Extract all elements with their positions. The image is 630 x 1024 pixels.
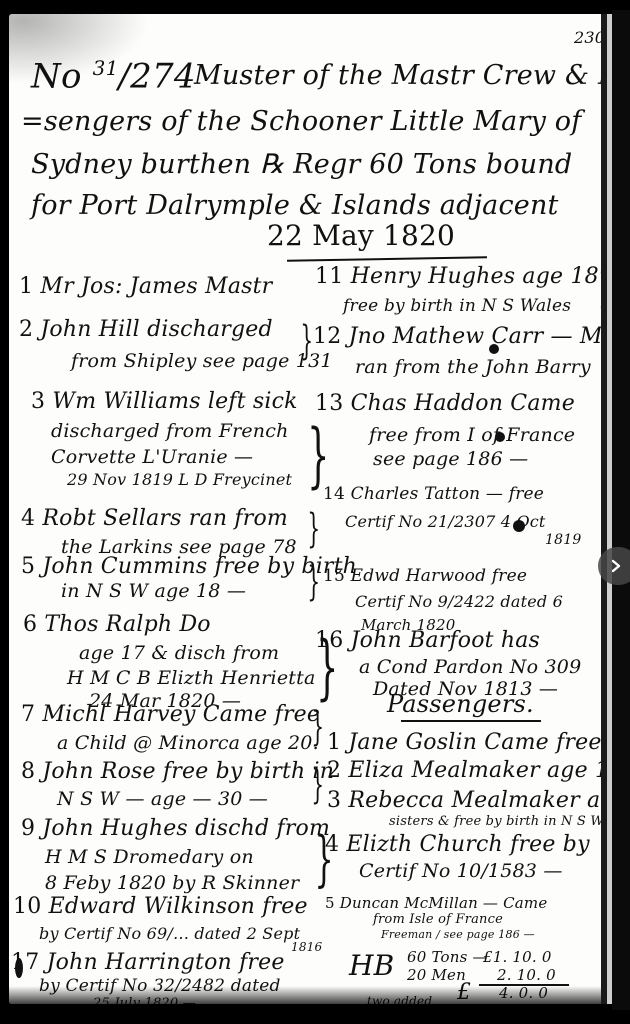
crew-entry-16: 16 John Barfoot has: [315, 628, 540, 653]
brace: }: [300, 318, 313, 364]
crew-entry-5-detail: in N S W age 18 —: [61, 580, 246, 602]
passenger-entry-5: 5 Duncan McMillan — Came: [325, 894, 547, 912]
crew-entry-17-detail: by Certif No 32/2482 dated: [39, 976, 281, 996]
crew-entry-10: 10 Edward Wilkinson free: [13, 894, 308, 919]
crew-entry-8-detail: N S W — age — 30 —: [57, 788, 268, 810]
passenger-entry-4: 4 Elizth Church free by: [325, 832, 590, 857]
manuscript-page: 230 No 31/274 Muster of the Mastr Crew &…: [9, 14, 612, 1004]
header-line-1: Muster of the Mastr Crew & Pas-: [194, 60, 612, 91]
fee-total-symbol: £: [457, 980, 471, 1004]
reference-fraction-bottom: 274: [130, 56, 196, 96]
crew-entry-13: 13 Chas Haddon Came: [315, 391, 575, 416]
crew-entry-15: 15 Edwd Harwood free: [323, 566, 527, 586]
passenger-entry-5-detail-1: from Isle of France: [373, 912, 503, 927]
passenger-entry-3: 3 Rebecca Mealmaker age 15: [327, 788, 612, 813]
fee-total-value: 4. 0. 0: [499, 984, 548, 1002]
crew-entry-6-detail-1: age 17 & disch from: [79, 642, 279, 664]
crew-entry-2: 2 John Hill discharged: [19, 317, 273, 342]
crew-entry-6: 6 Thos Ralph Do: [23, 612, 211, 637]
crew-entry-13-detail-1: free from I of France: [369, 424, 575, 446]
date-underline: [287, 256, 487, 261]
reference-prefix: No: [31, 56, 82, 96]
crew-entry-2-detail: from Shipley see page 131: [71, 350, 333, 372]
passenger-entry-5-detail-2: Freeman / see page 186 —: [381, 928, 535, 941]
crew-entry-10-year: 1816: [291, 940, 322, 954]
document-viewer: 230 No 31/274 Muster of the Mastr Crew &…: [0, 0, 630, 1024]
crew-entry-10-detail: by Certif No 69/… dated 2 Sept: [39, 924, 300, 943]
crew-entry-7-detail: a Child @ Minorca age 20.: [57, 732, 319, 754]
passenger-entry-3-detail: sisters & free by birth in N S W: [389, 814, 604, 829]
reference-fraction-top: 31: [93, 56, 119, 80]
fee-row-1-label: 60 Tons —: [407, 948, 488, 966]
passengers-heading: Passengers.: [387, 690, 534, 718]
crew-entry-11: 11 Henry Hughes age 18: [315, 264, 599, 289]
header-line-4: for Port Dalrymple & Islands adjacent: [31, 190, 559, 221]
crew-entry-12-detail: ran from the John Barry: [355, 356, 591, 378]
crew-entry-4: 4 Robt Sellars ran from: [21, 506, 288, 531]
crew-entry-16-detail-1: a Cond Pardon No 309: [359, 656, 581, 678]
reference-number: No 31/274: [31, 56, 196, 96]
crew-entry-1: 1 Mr Jos: James Mastr: [19, 274, 272, 299]
chevron-right-icon: [610, 559, 622, 573]
muster-date: 22 May 1820: [267, 219, 455, 252]
next-page-button[interactable]: [598, 547, 630, 585]
crew-entry-3-detail-1: discharged from French: [51, 420, 289, 442]
crew-entry-17: 17 John Harrington free: [11, 950, 285, 975]
brace: }: [311, 704, 324, 750]
passenger-entry-4-detail: Certif No 10/1583 —: [359, 860, 563, 882]
passenger-entry-2: 2 Eliza Mealmaker age 16: [327, 758, 612, 783]
crew-entry-7: 7 Michl Harvey Came free: [21, 702, 320, 727]
passengers-underline: [401, 720, 541, 722]
brace: }: [307, 506, 320, 552]
fee-row-1-value: £1. 10. 0: [483, 948, 552, 966]
crew-entry-12: 12 Jno Mathew Carr — Mate: [313, 324, 612, 349]
crew-entry-9-detail-1: H M S Dromedary on: [45, 846, 254, 868]
crew-entry-9: 9 John Hughes dischd from: [21, 816, 330, 841]
ink-blot: [15, 958, 23, 978]
passenger-entry-1: 1 Jane Goslin Came free: [327, 730, 602, 755]
clerk-initials: HB: [349, 949, 394, 982]
header-line-2: =sengers of the Schooner Little Mary of: [21, 106, 581, 137]
crew-entry-3: 3 Wm Williams left sick: [31, 389, 298, 414]
crew-entry-8: 8 John Rose free by birth in: [21, 759, 334, 784]
crew-entry-14: 14 Charles Tatton — free: [323, 484, 544, 504]
brace: }: [311, 762, 324, 808]
crew-entry-17-date: 25 July 1820 —: [93, 996, 196, 1004]
crew-entry-3-detail-3: 29 Nov 1819 L D Freycinet: [67, 470, 292, 489]
crew-entry-15-detail: Certif No 9/2422 dated 6: [355, 592, 563, 611]
page-edge-border: [612, 10, 630, 1010]
crew-entry-3-detail-2: Corvette L'Uranie —: [51, 446, 253, 468]
ink-blot: [495, 432, 505, 442]
crew-entry-9-detail-2: 8 Feby 1820 by R Skinner: [45, 872, 299, 894]
crew-entry-13-detail-2: see page 186 —: [373, 448, 528, 470]
brace: }: [307, 559, 320, 605]
crew-entry-14-year: 1819: [545, 532, 581, 548]
fee-row-2-value: 2. 10. 0: [497, 966, 556, 984]
fee-note: two added: [367, 994, 432, 1004]
ink-blot: [489, 344, 499, 354]
header-line-3: Sydney burthen ℞ Regr 60 Tons bound: [31, 149, 572, 180]
crew-entry-6-detail-2: H M C B Elizth Henrietta: [67, 667, 315, 689]
ink-blot: [513, 520, 525, 532]
crew-entry-11-detail: free by birth in N S Wales: [343, 296, 571, 316]
